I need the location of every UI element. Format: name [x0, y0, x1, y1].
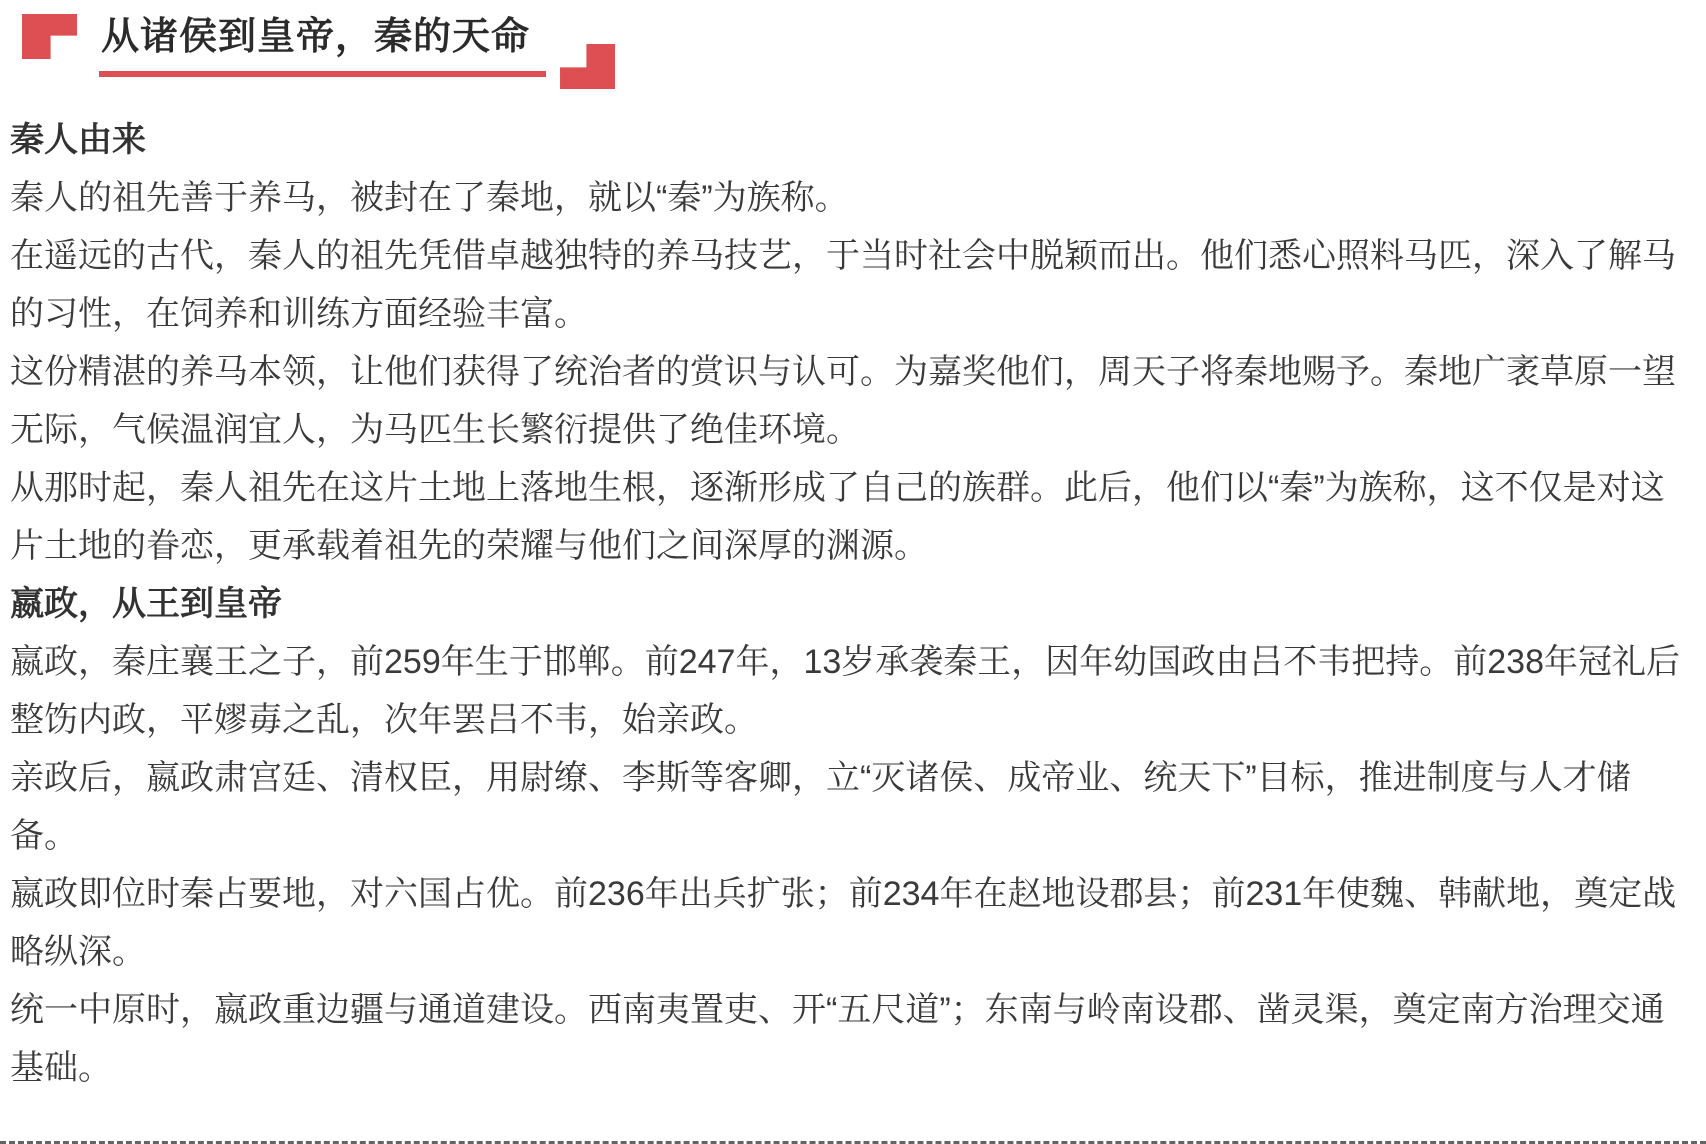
paragraph: 这份精湛的养马本领，让他们获得了统治者的赏识与认可。为嘉奖他们，周天子将秦地赐予…: [10, 343, 1692, 459]
page-title: 从诸侯到皇帝，秦的天命: [99, 14, 546, 77]
section-heading-qin-origin: 秦人由来: [10, 111, 1692, 169]
title-row: 从诸侯到皇帝，秦的天命: [22, 14, 1692, 89]
section-heading-yingzheng: 嬴政，从王到皇帝: [10, 575, 1692, 633]
corner-bracket-top-left-icon: [22, 14, 77, 59]
paragraph: 在遥远的古代，秦人的祖先凭借卓越独特的养马技艺，于当时社会中脱颖而出。他们悉心照…: [10, 227, 1692, 343]
paragraph: 嬴政，秦庄襄王之子，前259年生于邯郸。前247年，13岁承袭秦王，因年幼国政由…: [10, 633, 1692, 749]
paragraph: 统一中原时，嬴政重边疆与通道建设。西南夷置吏、开“五尺道”；东南与岭南设郡、凿灵…: [10, 981, 1692, 1097]
article-body: 秦人由来 秦人的祖先善于养马，被封在了秦地，就以“秦”为族称。 在遥远的古代，秦…: [10, 111, 1692, 1097]
paragraph: 嬴政即位时秦占要地，对六国占优。前236年出兵扩张；前234年在赵地设郡县；前2…: [10, 865, 1692, 981]
paragraph: 亲政后，嬴政肃宫廷、清权臣，用尉缭、李斯等客卿，立“灭诸侯、成帝业、统天下”目标…: [10, 749, 1692, 865]
corner-bracket-bottom-right-icon: [560, 44, 615, 89]
document-page: 从诸侯到皇帝，秦的天命 秦人由来 秦人的祖先善于养马，被封在了秦地，就以“秦”为…: [0, 0, 1706, 1144]
paragraph: 从那时起，秦人祖先在这片土地上落地生根，逐渐形成了自己的族群。此后，他们以“秦”…: [10, 459, 1692, 575]
paragraph: 秦人的祖先善于养马，被封在了秦地，就以“秦”为族称。: [10, 169, 1692, 227]
